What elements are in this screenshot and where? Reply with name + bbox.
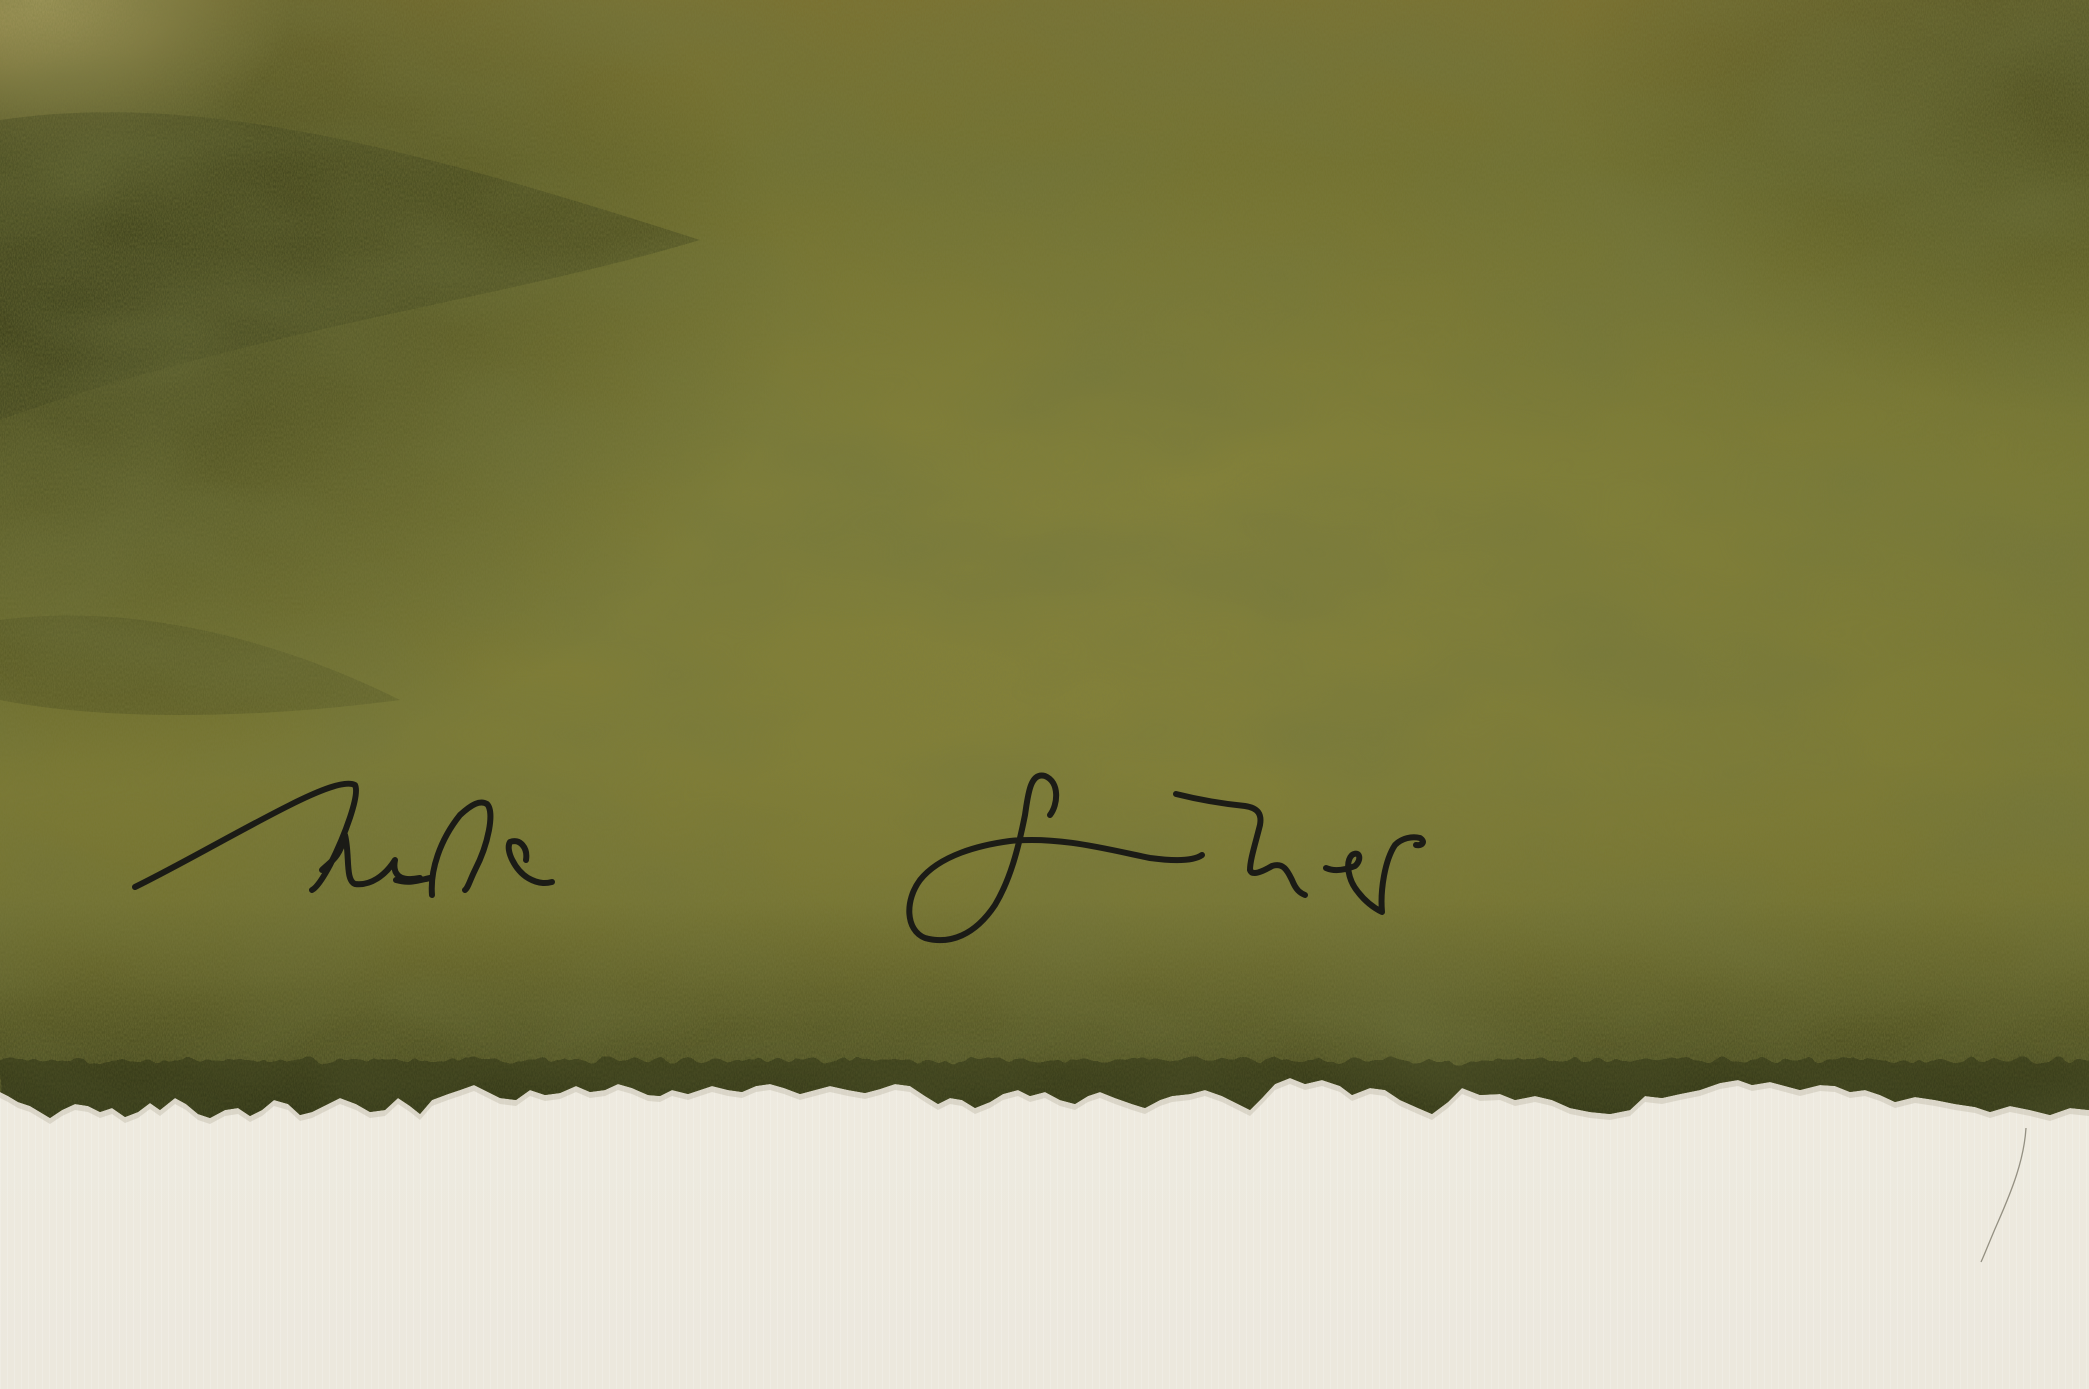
artwork-photo: handwritten artist signature (illegible … bbox=[0, 0, 2089, 1389]
painted-wash bbox=[0, 0, 2089, 1389]
